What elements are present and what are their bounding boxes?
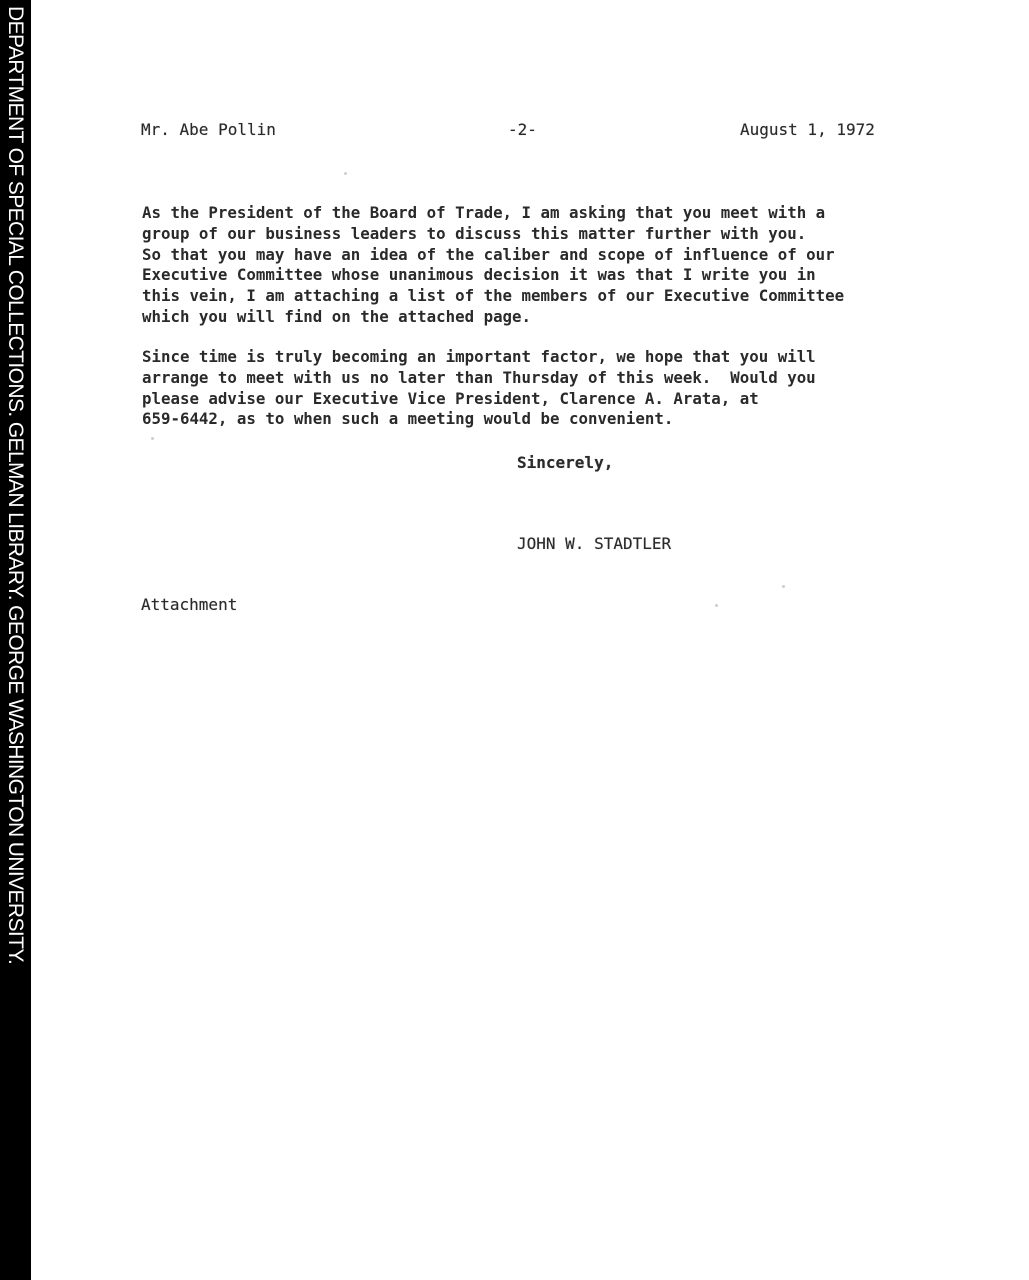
paragraph-line: group of our business leaders to discuss… bbox=[142, 224, 844, 245]
paper-speck bbox=[151, 437, 154, 440]
archive-credit-text: DEPARTMENT OF SPECIAL COLLECTIONS. GELMA… bbox=[2, 6, 29, 964]
paragraph-line: 659-6442, as to when such a meeting woul… bbox=[142, 409, 816, 430]
paragraph-line: please advise our Executive Vice Preside… bbox=[142, 389, 816, 410]
paragraph-line: Executive Committee whose unanimous deci… bbox=[142, 265, 844, 286]
paragraph-line: this vein, I am attaching a list of the … bbox=[142, 286, 844, 307]
body-paragraph-2: Since time is truly becoming an importan… bbox=[142, 347, 826, 430]
enclosure-note: Attachment bbox=[141, 595, 237, 614]
paragraph-line: So that you may have an idea of the cali… bbox=[142, 245, 844, 266]
archive-credit-strip: DEPARTMENT OF SPECIAL COLLECTIONS. GELMA… bbox=[0, 0, 31, 1280]
paragraph-line: Since time is truly becoming an importan… bbox=[142, 347, 816, 368]
letter-date: August 1, 1972 bbox=[740, 120, 875, 139]
paper-speck bbox=[715, 604, 718, 607]
paragraph-line: which you will find on the attached page… bbox=[142, 307, 844, 328]
recipient-name: Mr. Abe Pollin bbox=[141, 120, 276, 139]
paragraph-line: As the President of the Board of Trade, … bbox=[142, 203, 844, 224]
signature-name: JOHN W. STADTLER bbox=[517, 534, 671, 553]
paper-speck bbox=[782, 585, 785, 588]
page-number: -2- bbox=[508, 120, 537, 139]
paragraph-line: arrange to meet with us no later than Th… bbox=[142, 368, 816, 389]
letter-page: Mr. Abe Pollin -2- August 1, 1972 As the… bbox=[31, 0, 1029, 1280]
paper-speck bbox=[344, 172, 347, 175]
body-paragraph-1: As the President of the Board of Trade, … bbox=[142, 203, 855, 328]
closing-salutation: Sincerely, bbox=[517, 453, 613, 472]
